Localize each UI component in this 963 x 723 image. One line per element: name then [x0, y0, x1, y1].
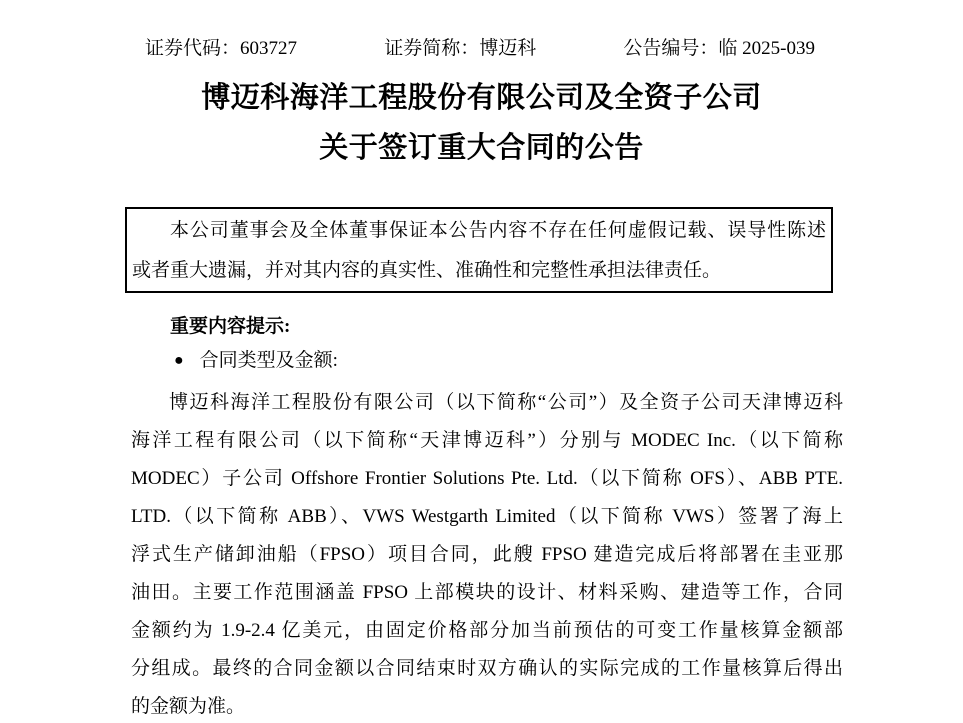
body-line: 浮式生产储卸油船（FPSO）项目合同，此艘 FPSO 建造完成后将部署在圭亚那 [131, 536, 843, 574]
body-line: 金额约为 1.9-2.4 亿美元，由固定价格部分加当前预估的可变工作量核算金额部 [131, 612, 843, 650]
document-title-line1: 博迈科海洋工程股份有限公司及全资子公司 [0, 80, 963, 116]
disclaimer-line: 本公司董事会及全体董事保证本公告内容不存在任何虚假记载、误导性陈述 [132, 211, 826, 251]
stock-code-label: 证券代码：603727 [145, 38, 297, 60]
disclaimer-box: 本公司董事会及全体董事保证本公告内容不存在任何虚假记载、误导性陈述 或者重大遗漏… [125, 207, 833, 293]
announcement-document-page: 证券代码：603727 证券简称：博迈科 公告编号：临 2025-039 博迈科… [0, 0, 963, 723]
bullet-icon: ● [174, 349, 184, 373]
body-line: 海洋工程有限公司（以下简称“天津博迈科”）分别与 MODEC Inc.（以下简称 [131, 422, 843, 460]
contract-type-bullet-item: ● 合同类型及金额: [174, 349, 338, 373]
disclaimer-line: 或者重大遗漏，并对其内容的真实性、准确性和完整性承担法律责任。 [132, 251, 826, 291]
bullet-item-label: 合同类型及金额: [200, 349, 338, 373]
body-line: 博迈科海洋工程股份有限公司（以下简称“公司”）及全资子公司天津博迈科 [131, 384, 843, 422]
body-line: 油田。主要工作范围涵盖 FPSO 上部模块的设计、材料采购、建造等工作，合同 [131, 574, 843, 612]
document-header-row: 证券代码：603727 证券简称：博迈科 公告编号：临 2025-039 [145, 38, 815, 60]
announcement-number-label: 公告编号：临 2025-039 [623, 38, 815, 60]
body-line: MODEC）子公司 Offshore Frontier Solutions Pt… [131, 460, 843, 498]
important-notice-heading: 重要内容提示: [170, 314, 290, 340]
body-paragraph: 博迈科海洋工程股份有限公司（以下简称“公司”）及全资子公司天津博迈科 海洋工程有… [131, 384, 843, 723]
body-line: LTD.（以下简称 ABB）、VWS Westgarth Limited（以下简… [131, 498, 843, 536]
body-line: 分组成。最终的合同金额以合同结束时双方确认的实际完成的工作量核算后得出 [131, 650, 843, 688]
document-title-line2: 关于签订重大合同的公告 [0, 130, 963, 166]
body-line: 的金额为准。 [131, 688, 843, 723]
stock-abbr-label: 证券简称：博迈科 [384, 38, 536, 60]
